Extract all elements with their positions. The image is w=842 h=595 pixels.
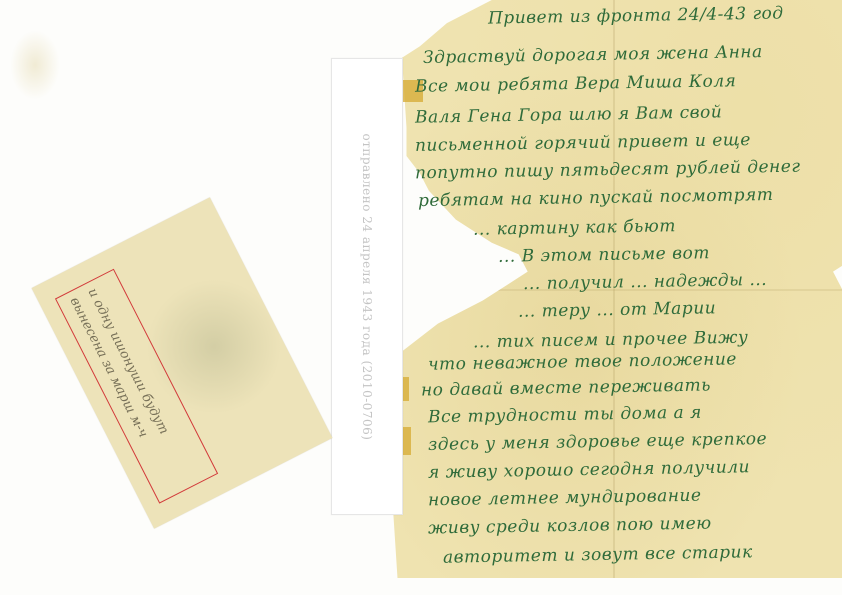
letter-text: Привет из фронта 24/4-43 год Здраствуй д… — [393, 0, 842, 578]
letter-line: попутно пишу пятьдесят рублей денег — [415, 157, 801, 184]
letter-line: Здраствуй дорогая моя жена Анна — [423, 42, 763, 68]
letter-line: Привет из фронта 24/4-43 год — [488, 3, 784, 28]
paper-stain — [10, 30, 60, 100]
letter-line: авторитет и зовут все старик — [443, 542, 753, 567]
letter-line: здесь у меня здоровье еще крепкое — [428, 429, 767, 455]
letter-line: Все мои ребята Вера Миша Коля — [415, 71, 737, 97]
letter-line: но давай вместе переживать — [421, 375, 711, 400]
archive-label-text: отправлено 24 апреля 1943 года (2010-070… — [360, 133, 374, 440]
letter-line: ... тих писем и прочее Вижу — [473, 328, 749, 353]
archive-label-strip: отправлено 24 апреля 1943 года (2010-070… — [331, 58, 403, 515]
letter-line: ребятам на кино пускай посмотрят — [418, 185, 774, 211]
letter-line: ... получил ... надежды ... — [523, 270, 767, 294]
letter-line: что неважное твое положение — [428, 349, 737, 374]
letter-line: ... В этом письме вот — [498, 243, 710, 267]
letter-line: живу среди козлов пою имею — [428, 514, 712, 539]
letter-line: новое летнее мундирование — [428, 486, 702, 511]
letter-line: Валя Гена Гора шлю я Вам свой — [415, 102, 723, 127]
envelope: и одну ишонуши будут вынесена за марш м-… — [32, 197, 333, 528]
letter-line: я живу хорошо сегодня получили — [428, 457, 750, 483]
letter-line: письменной горячий привет и еще — [415, 130, 751, 156]
letter-line: Все трудности ты дома а я — [428, 403, 702, 428]
letter-line: ... теру ... от Марии — [518, 298, 716, 321]
letter-line: ... картину как бьют — [473, 216, 676, 240]
